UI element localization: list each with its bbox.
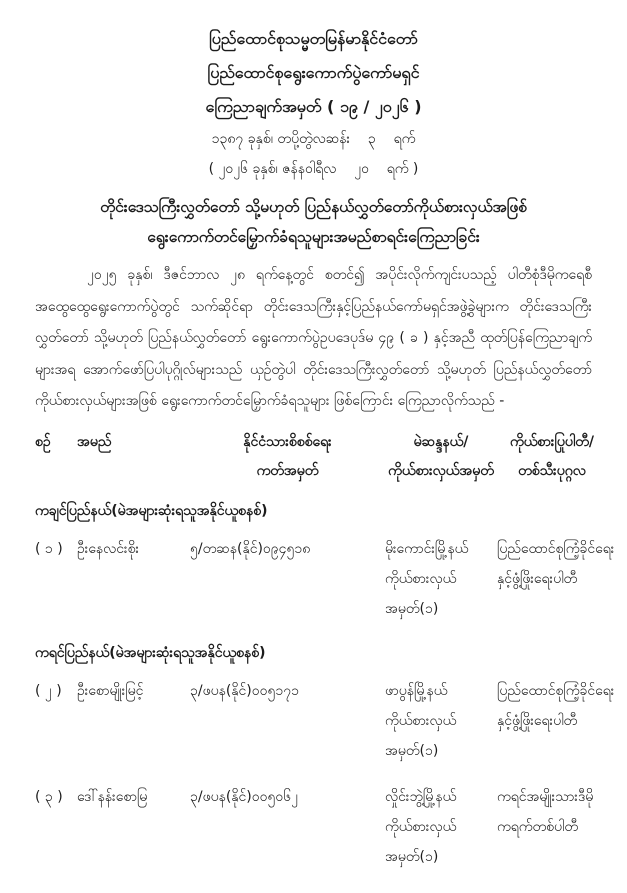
cell-constituency: ဖာပွန်မြို့နယ် ကိုယ်စားလှယ် အမှတ်(၁) xyxy=(385,676,497,766)
cell-name: ဦးစောမျိုးမြင့် xyxy=(77,676,190,766)
table-header-row: စဉ် အမည် နိုင်ငံသားစိစစ်ရေး ကတ်အမှတ် မဲဆ… xyxy=(35,428,607,486)
column-header-constituency: မဲဆန္ဒနယ်/ ကိုယ်စားလှယ်အမှတ် xyxy=(385,428,497,486)
column-header-name: အမည် xyxy=(77,428,190,486)
cell-nrc: ၅/တဆန(နိုင်)၀၉၄၅၁၈ xyxy=(190,534,385,624)
myanmar-era-date: ၁၃၈၇ ခုနှစ်၊ တပို့တွဲလဆန်း ၃ ရက် xyxy=(0,124,627,154)
cell-name: ဒေါ်နန်းစောမြ xyxy=(77,782,190,872)
column-header-party: ကိုယ်စားပြုပါတီ/ တစ်သီးပုဂ္ဂလ xyxy=(497,428,607,486)
cell-nrc: ၃/ဖပန(နိုင်)၀၀၅၀၆၂ xyxy=(190,782,385,872)
state-name: ပြည်ထောင်စုသမ္မတမြန်မာနိုင်ငံတော် xyxy=(0,22,627,56)
cell-serial: ( ၁ ) xyxy=(35,534,77,624)
cell-name: ဦးနေလင်းစိုး xyxy=(77,534,190,624)
column-header-serial: စဉ် xyxy=(35,428,77,486)
cell-constituency: မိုးကောင်းမြို့နယ် ကိုယ်စားလှယ် အမှတ်(၁) xyxy=(385,534,497,624)
table-row: ( ၃ ) ဒေါ်နန်းစောမြ ၃/ဖပန(နိုင်)၀၀၅၀၆၂ လ… xyxy=(35,782,607,872)
cell-party: ပြည်ထောင်စုကြံ့ခိုင်ရေး နှင့်ဖွံ့ဖြိုးရေ… xyxy=(497,676,614,766)
cell-nrc: ၃/ဖပန(နိုင်)၀၀၅၁၇၁ xyxy=(190,676,385,766)
document-title: တိုင်းဒေသကြီးလွှတ်တော် သို့မဟုတ် ပြည်နယ်… xyxy=(0,192,627,252)
intro-paragraph: ၂၀၂၅ ခုနှစ်၊ ဒီဇင်ဘာလ ၂၈ ရက်နေ့တွင် စတင်… xyxy=(35,260,592,418)
table-row: ( ၁ ) ဦးနေလင်းစိုး ၅/တဆန(နိုင်)၀၉၄၅၁၈ မိ… xyxy=(35,534,607,624)
announcement-number: ကြေညာချက်အမှတ် ( ၁၉ / ၂၀၂၆ ) xyxy=(0,90,627,124)
cell-party: ကရင်အမျိုးသားဒီမို ကရက်တစ်ပါတီ xyxy=(497,782,607,872)
letterhead: ပြည်ထောင်စုသမ္မတမြန်မာနိုင်ငံတော် ပြည်ထေ… xyxy=(0,0,627,184)
cell-serial: ( ၃ ) xyxy=(35,782,77,872)
section-heading-kachin: ကချင်ပြည်နယ်(မဲအများဆုံးရသူအနိုင်ယူစနစ်) xyxy=(35,498,627,524)
column-header-nrc: နိုင်ငံသားစိစစ်ရေး ကတ်အမှတ် xyxy=(190,428,385,486)
section-heading-kayin: ကရင်ပြည်နယ်(မဲအများဆုံးရသူအနိုင်ယူစနစ်) xyxy=(35,640,627,666)
table-row: ( ၂ ) ဦးစောမျိုးမြင့် ၃/ဖပန(နိုင်)၀၀၅၁၇၁… xyxy=(35,676,607,766)
commission-name: ပြည်ထောင်စုရွေးကောက်ပွဲကော်မရှင် xyxy=(0,56,627,90)
cell-serial: ( ၂ ) xyxy=(35,676,77,766)
title-line-2: ရွေးကောက်တင်မြှောက်ခံရသူများအမည်စာရင်းကြ… xyxy=(0,222,627,252)
cell-constituency: လှိုင်းဘွဲ့မြို့နယ် ကိုယ်စားလှယ် အမှတ်(၁… xyxy=(385,782,497,872)
election-announcement-document: ပြည်ထောင်စုသမ္မတမြန်မာနိုင်ငံတော် ပြည်ထေ… xyxy=(0,0,627,893)
cell-party: ပြည်ထောင်စုကြံ့ခိုင်ရေး နှင့်ဖွံ့ဖြိုးရေ… xyxy=(497,534,614,624)
gregorian-date: ( ၂၀၂၆ ခုနှစ်၊ ဇန်နဝါရီလ ၂၀ ရက် ) xyxy=(0,154,627,184)
title-line-1: တိုင်းဒေသကြီးလွှတ်တော် သို့မဟုတ် ပြည်နယ်… xyxy=(0,192,627,222)
